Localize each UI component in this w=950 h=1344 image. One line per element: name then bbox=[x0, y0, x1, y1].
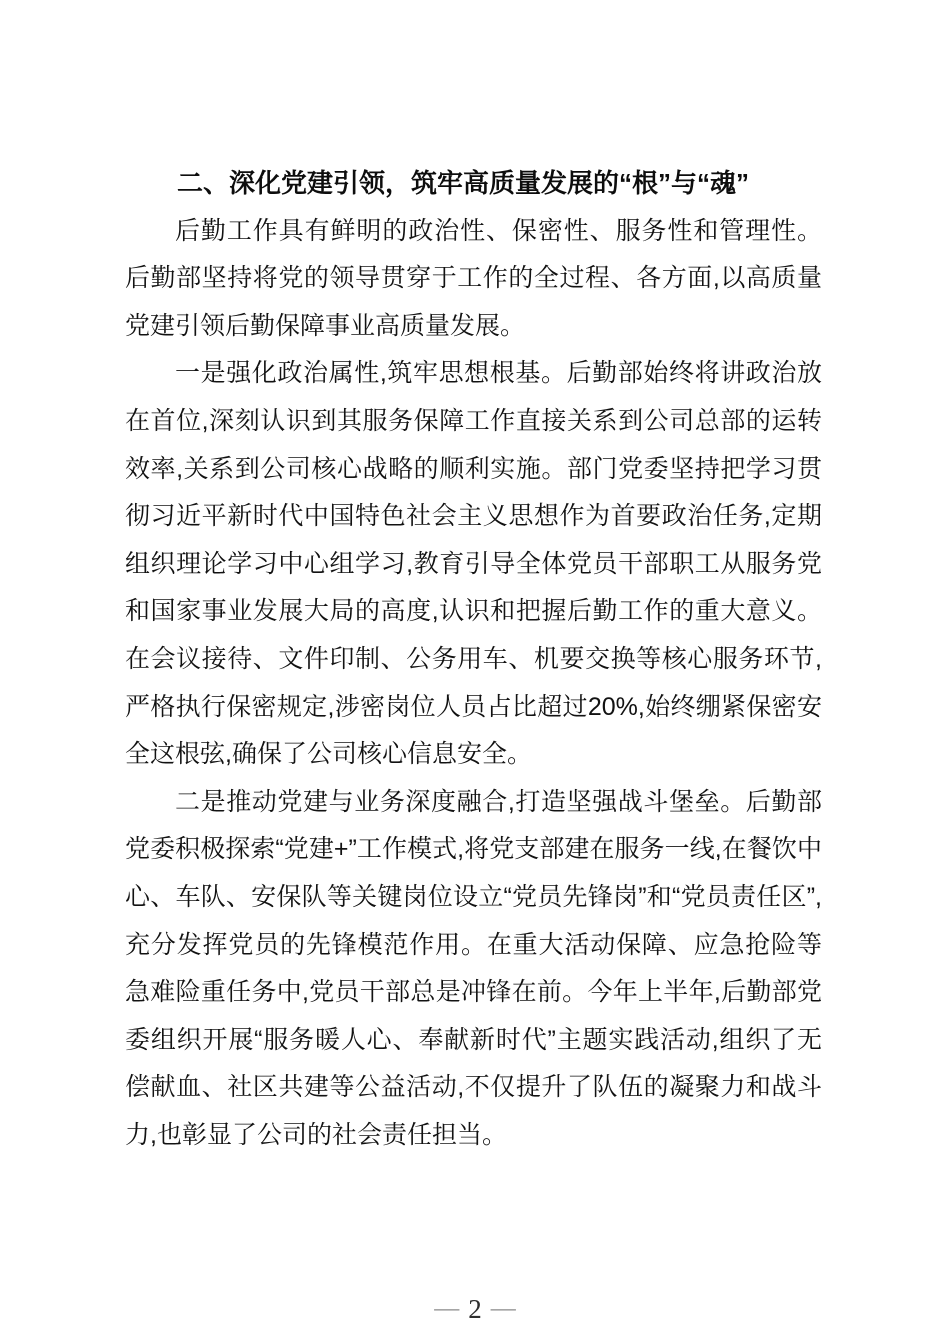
document-body: 二、深化党建引领，筑牢高质量发展的“根”与“魂” 后勤工作具有鲜明的政治性、保密… bbox=[125, 160, 822, 1159]
footer-dash-right: — bbox=[491, 1293, 516, 1325]
page-footer: —2— bbox=[0, 1293, 950, 1325]
body-paragraph-point-one: 一是强化政治属性,筑牢思想根基。后勤部始终将讲政治放在首位,深刻认识到其服务保障… bbox=[125, 350, 822, 778]
document-page: 二、深化党建引领，筑牢高质量发展的“根”与“魂” 后勤工作具有鲜明的政治性、保密… bbox=[0, 0, 950, 1344]
body-paragraph-intro: 后勤工作具有鲜明的政治性、保密性、服务性和管理性。后勤部坚持将党的领导贯穿于工作… bbox=[125, 208, 822, 351]
page-number: 2 bbox=[468, 1294, 482, 1324]
body-paragraph-point-two: 二是推动党建与业务深度融合,打造坚强战斗堡垒。后勤部党委积极探索“党建+”工作模… bbox=[125, 779, 822, 1160]
footer-dash-left: — bbox=[434, 1293, 459, 1325]
section-heading: 二、深化党建引领，筑牢高质量发展的“根”与“魂” bbox=[125, 160, 822, 208]
